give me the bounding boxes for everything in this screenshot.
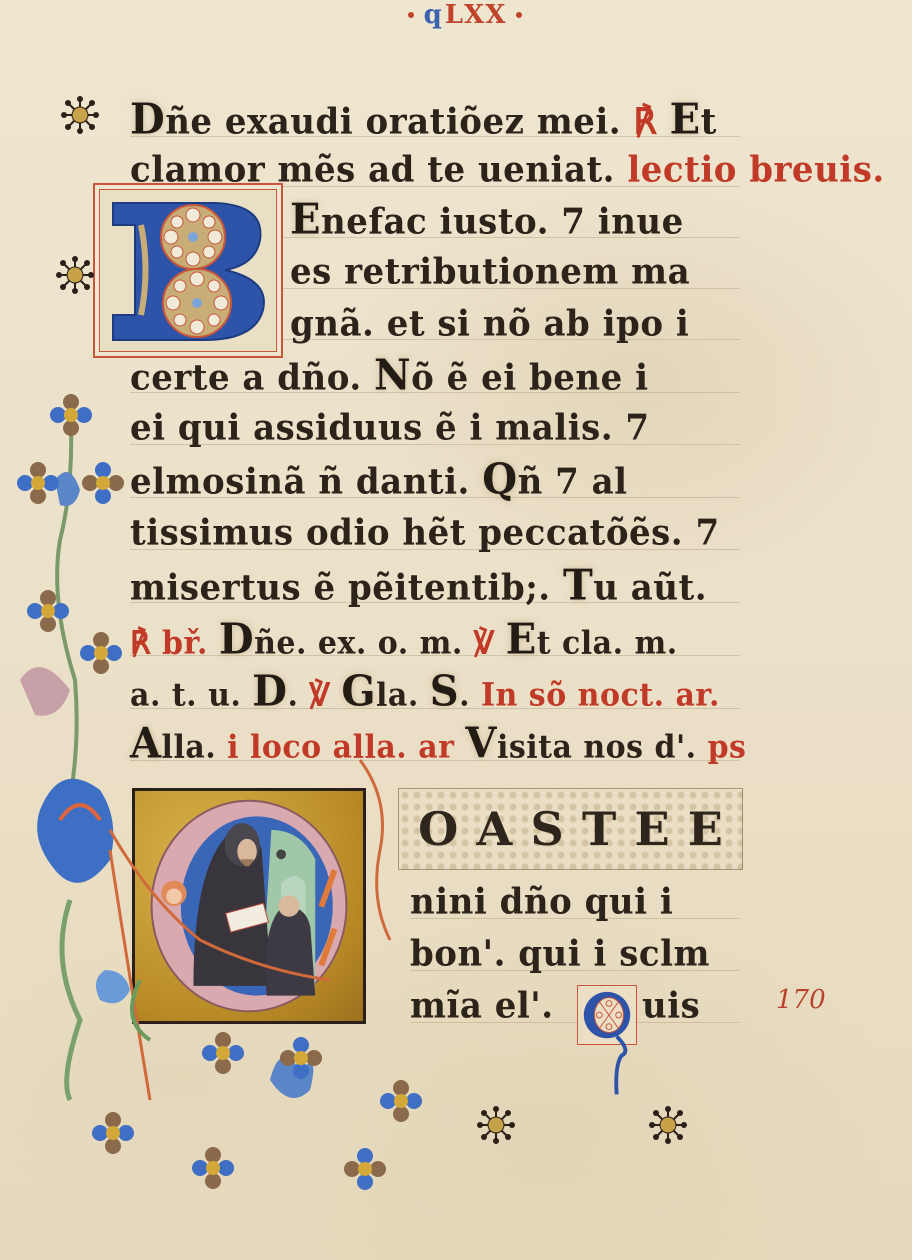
decorated-capital: D xyxy=(252,667,287,716)
text-segment: ñe. ex. o. m. xyxy=(254,625,474,662)
display-letter: O xyxy=(418,802,458,856)
text-segment: lla. xyxy=(162,729,228,766)
display-letter: A xyxy=(476,802,512,856)
text-line-14: nini dño qui i xyxy=(410,881,742,923)
flower-icon xyxy=(190,1145,236,1191)
text-segment: nini dño qui i xyxy=(410,881,673,923)
display-letter: S xyxy=(530,802,563,856)
text-line-4: es retributionem ma xyxy=(290,251,742,293)
text-segment: ei qui assiduus ẽ i malis. 7 xyxy=(130,407,650,449)
text-line-7: ei qui assiduus ẽ i malis. 7 xyxy=(130,407,742,449)
text-segment: elmosinã ñ danti. xyxy=(130,461,482,503)
flower-icon xyxy=(48,392,94,438)
illuminated-initial-b xyxy=(93,183,283,358)
decorated-capital: G xyxy=(341,667,376,716)
text-line-8: elmosinã ñ danti. Qñ 7 al xyxy=(130,459,742,503)
decorated-capital: A xyxy=(130,719,162,768)
flower-icon xyxy=(278,1035,324,1081)
text-segment: misertus ẽ pẽitentib;. xyxy=(130,567,563,609)
decorated-capital: N xyxy=(374,351,411,400)
text-line-16a: mĩa el'. xyxy=(410,985,580,1027)
monk-scene-icon xyxy=(135,791,363,1021)
text-segment: ñ 7 al xyxy=(518,461,628,503)
flower-icon xyxy=(80,460,126,506)
rubric: ℟ bř. xyxy=(130,625,219,662)
display-letter: T xyxy=(582,802,616,856)
text-line-15: bon'. qui i sclm xyxy=(410,933,742,975)
dot-icon xyxy=(408,12,414,18)
text-segment: t xyxy=(701,101,717,143)
page-number: 170 xyxy=(776,985,826,1015)
rubric: In sõ noct. ar. xyxy=(481,677,720,714)
rubric: i loco alla. ar xyxy=(227,729,465,766)
text-line-13: Alla. i loco alla. ar Visita nos d'. ps xyxy=(130,723,742,769)
folio-numeral: LXX xyxy=(445,0,507,30)
text-line-6: certe a dño. Nõ ẽ ei bene i xyxy=(130,355,742,399)
illuminated-initial-q xyxy=(577,985,637,1045)
flower-icon xyxy=(342,1146,388,1192)
flower-icon xyxy=(25,588,71,634)
text-segment: ñe exaudi oratiõez mei. xyxy=(165,101,633,143)
letter-b-icon xyxy=(105,195,270,345)
decorated-capital: T xyxy=(563,561,593,610)
text-segment: õ ẽ ei bene i xyxy=(411,357,648,399)
rubric-versicle-mark: ℣ xyxy=(309,677,341,714)
text-line-5: gnã. et si nõ ab ipo i xyxy=(290,303,742,345)
rosette-icon xyxy=(476,1105,516,1145)
text-segment: tissimus odio hẽt peccatõẽs. 7 xyxy=(130,512,720,554)
folio-header: q LXX xyxy=(380,0,550,30)
text-line-12: a. t. u. D. ℣ Gla. S. In sõ noct. ar. xyxy=(130,671,742,717)
decorated-capital: Q xyxy=(482,455,517,504)
letter-q-icon xyxy=(578,986,636,1106)
text-line-1: Dñe exaudi oratiõez mei. ℟ Et xyxy=(130,99,742,143)
text-segment: isita nos d'. xyxy=(497,729,708,766)
text-segment: uis xyxy=(642,985,700,1027)
rubric-response-mark: ℟ xyxy=(633,101,669,143)
decorated-capital: E xyxy=(670,95,701,144)
historiated-initial xyxy=(132,788,366,1024)
text-segment: gnã. et si nõ ab ipo i xyxy=(290,303,689,345)
flower-icon xyxy=(78,630,124,676)
display-script-band: O A S T E E xyxy=(398,788,743,870)
text-segment: la. xyxy=(376,677,430,714)
flower-icon xyxy=(15,460,61,506)
text-segment: bon'. qui i sclm xyxy=(410,933,710,975)
decorated-capital: E xyxy=(290,195,321,244)
decorated-capital: V xyxy=(465,719,497,768)
text-segment: es retributionem ma xyxy=(290,251,690,293)
rosette-icon xyxy=(55,255,95,295)
flower-icon xyxy=(378,1078,424,1124)
rubric: ps xyxy=(708,729,747,766)
rubric-versicle-mark: ℣ xyxy=(474,625,506,662)
decorated-capital: S xyxy=(430,667,459,716)
display-letter: E xyxy=(634,802,669,856)
decorated-capital: D xyxy=(219,615,254,664)
text-segment: . xyxy=(459,677,481,714)
text-line-10: misertus ẽ pẽitentib;. Tu aũt. xyxy=(130,565,742,609)
text-segment: t cla. m. xyxy=(537,625,678,662)
rosette-icon xyxy=(648,1105,688,1145)
decorated-capital: E xyxy=(506,615,537,664)
rosette-icon xyxy=(60,95,100,135)
dot-icon xyxy=(516,12,522,18)
text-segment: a. t. u. xyxy=(130,677,252,714)
flower-icon xyxy=(200,1030,246,1076)
rubric: lectio breuis. xyxy=(627,149,884,191)
folio-prefix: q xyxy=(424,0,443,30)
text-segment: mĩa el'. xyxy=(410,985,554,1027)
display-letter: E xyxy=(688,802,723,856)
text-segment: nefac iusto. 7 inue xyxy=(321,201,684,243)
decorated-capital: D xyxy=(130,95,165,144)
text-segment: certe a dño. xyxy=(130,357,374,399)
text-line-3: Enefac iusto. 7 inue xyxy=(290,199,742,243)
manuscript-page: q LXX Dñe exaudi oratiõez mei. ℟ Et clam… xyxy=(0,0,912,1260)
text-line-16b: uis xyxy=(642,985,742,1027)
text-segment: u aũt. xyxy=(593,567,707,609)
text-segment: . xyxy=(287,677,309,714)
text-line-9: tissimus odio hẽt peccatõẽs. 7 xyxy=(130,512,742,554)
text-line-11: ℟ bř. Dñe. ex. o. m. ℣ Et cla. m. xyxy=(130,619,742,665)
flower-icon xyxy=(90,1110,136,1156)
